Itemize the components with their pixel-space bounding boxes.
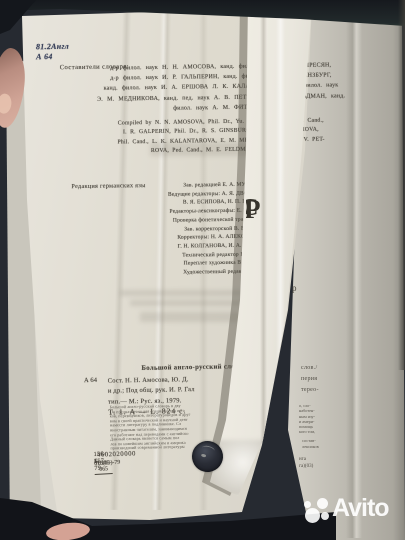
shelf-code-line: А 64 (36, 51, 69, 61)
title-letter: С (246, 196, 258, 220)
avito-watermark: Avito (292, 492, 404, 532)
avito-wordmark: Avito (332, 494, 389, 523)
text-line: перия (301, 374, 319, 385)
avito-logo-icon (305, 508, 320, 523)
editorial-lines: Зав. редакцией Е. А. МУЖЖЕВедущие редакт… (71, 179, 372, 279)
book-page-photo: 81.2Англ А 64 Составители словаря: д-р ф… (0, 0, 405, 540)
avito-logo-icon (321, 512, 329, 520)
book-cover-right-edge (398, 0, 405, 370)
next-page-fragment: нгага)(03) (299, 456, 313, 470)
title-letter-fragments: Р С (246, 196, 265, 258)
next-page-letter-fragment: р (292, 283, 297, 293)
fingernail (0, 93, 12, 114)
formula-suffix: 156-157-79 (93, 450, 107, 472)
text-line: кого том, (299, 429, 315, 434)
text-line: га)(03) (299, 463, 313, 470)
compilers-en-section: Compiled by N. N. AMOSOVA, Phil. Dr., Yu… (60, 116, 382, 158)
handwritten-shelf-code: 81.2Англ А 64 (36, 42, 69, 62)
bibliography-index-code: А 64 (84, 377, 97, 384)
text-line: наботен- (299, 408, 315, 413)
text-line: лексиков (302, 444, 319, 450)
avito-logo-icon (317, 498, 328, 509)
avito-logo-icon (304, 501, 311, 508)
text-line: слов./ (301, 363, 319, 374)
shelf-code-line: 81.2Англ (36, 42, 69, 52)
editorial-title: Редакция германских язы (71, 182, 145, 190)
text-line: терео- (301, 385, 319, 396)
next-page-fragment: слов./периятерео- (301, 363, 319, 396)
stamp-mark (201, 453, 207, 457)
compilers-ru-section: Составители словаря: д-р филол. наук Н. … (60, 60, 383, 116)
editorial-section: Редакция германских язы Зав. редакцией Е… (71, 179, 372, 279)
compilers-en-lines: Compiled by N. N. AMOSOVA, Phil. Dr., Yu… (60, 116, 382, 158)
next-page-fragment: о, сло-наботен-ным изу-и амери-помощьког… (299, 403, 315, 435)
compilers-ru-title: Составители словаря: (60, 63, 129, 71)
next-page-fragment: состав-лексиков (302, 438, 319, 450)
text-line: нга (299, 456, 313, 463)
strip-crease (276, 0, 285, 506)
